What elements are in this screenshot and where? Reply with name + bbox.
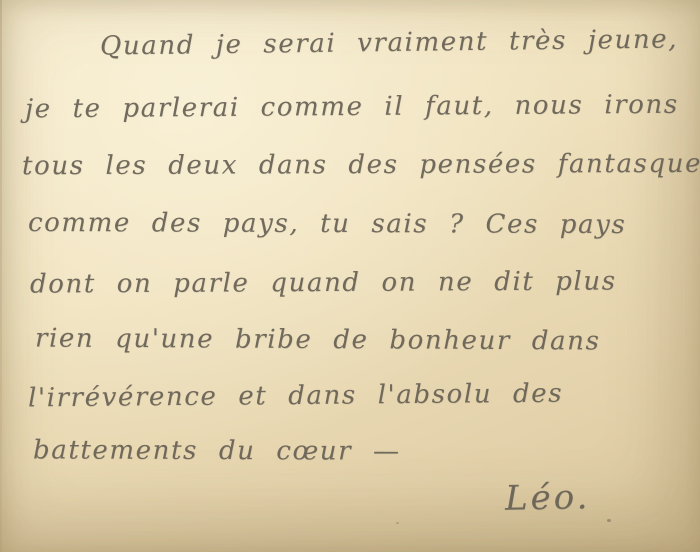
letter-line-8: battements du cœur — — [33, 435, 401, 466]
letter-line-7: l'irrévérence et dans l'absolu des — [28, 379, 563, 414]
letter-line-2: je te parlerai comme il faut, nous irons — [25, 90, 679, 125]
letter-line-6: rien qu'une bribe de bonheur dans — [35, 324, 601, 357]
signature: Léo. — [505, 477, 591, 518]
letter-line-4: comme des pays, tu sais ? Ces pays — [28, 208, 627, 240]
paper-speck — [607, 519, 611, 522]
letter-line-5: dont on parle quand on ne dit plus — [30, 266, 617, 299]
letter-page: Quand je serai vraiment très jeune, je t… — [0, 0, 700, 552]
paper-speck — [396, 522, 399, 524]
letter-line-1: Quand je serai vraiment très jeune, — [100, 24, 678, 61]
paper-edge-shadow — [0, 0, 2, 552]
letter-line-3: tous les deux dans des pensées fantasque… — [22, 149, 700, 181]
